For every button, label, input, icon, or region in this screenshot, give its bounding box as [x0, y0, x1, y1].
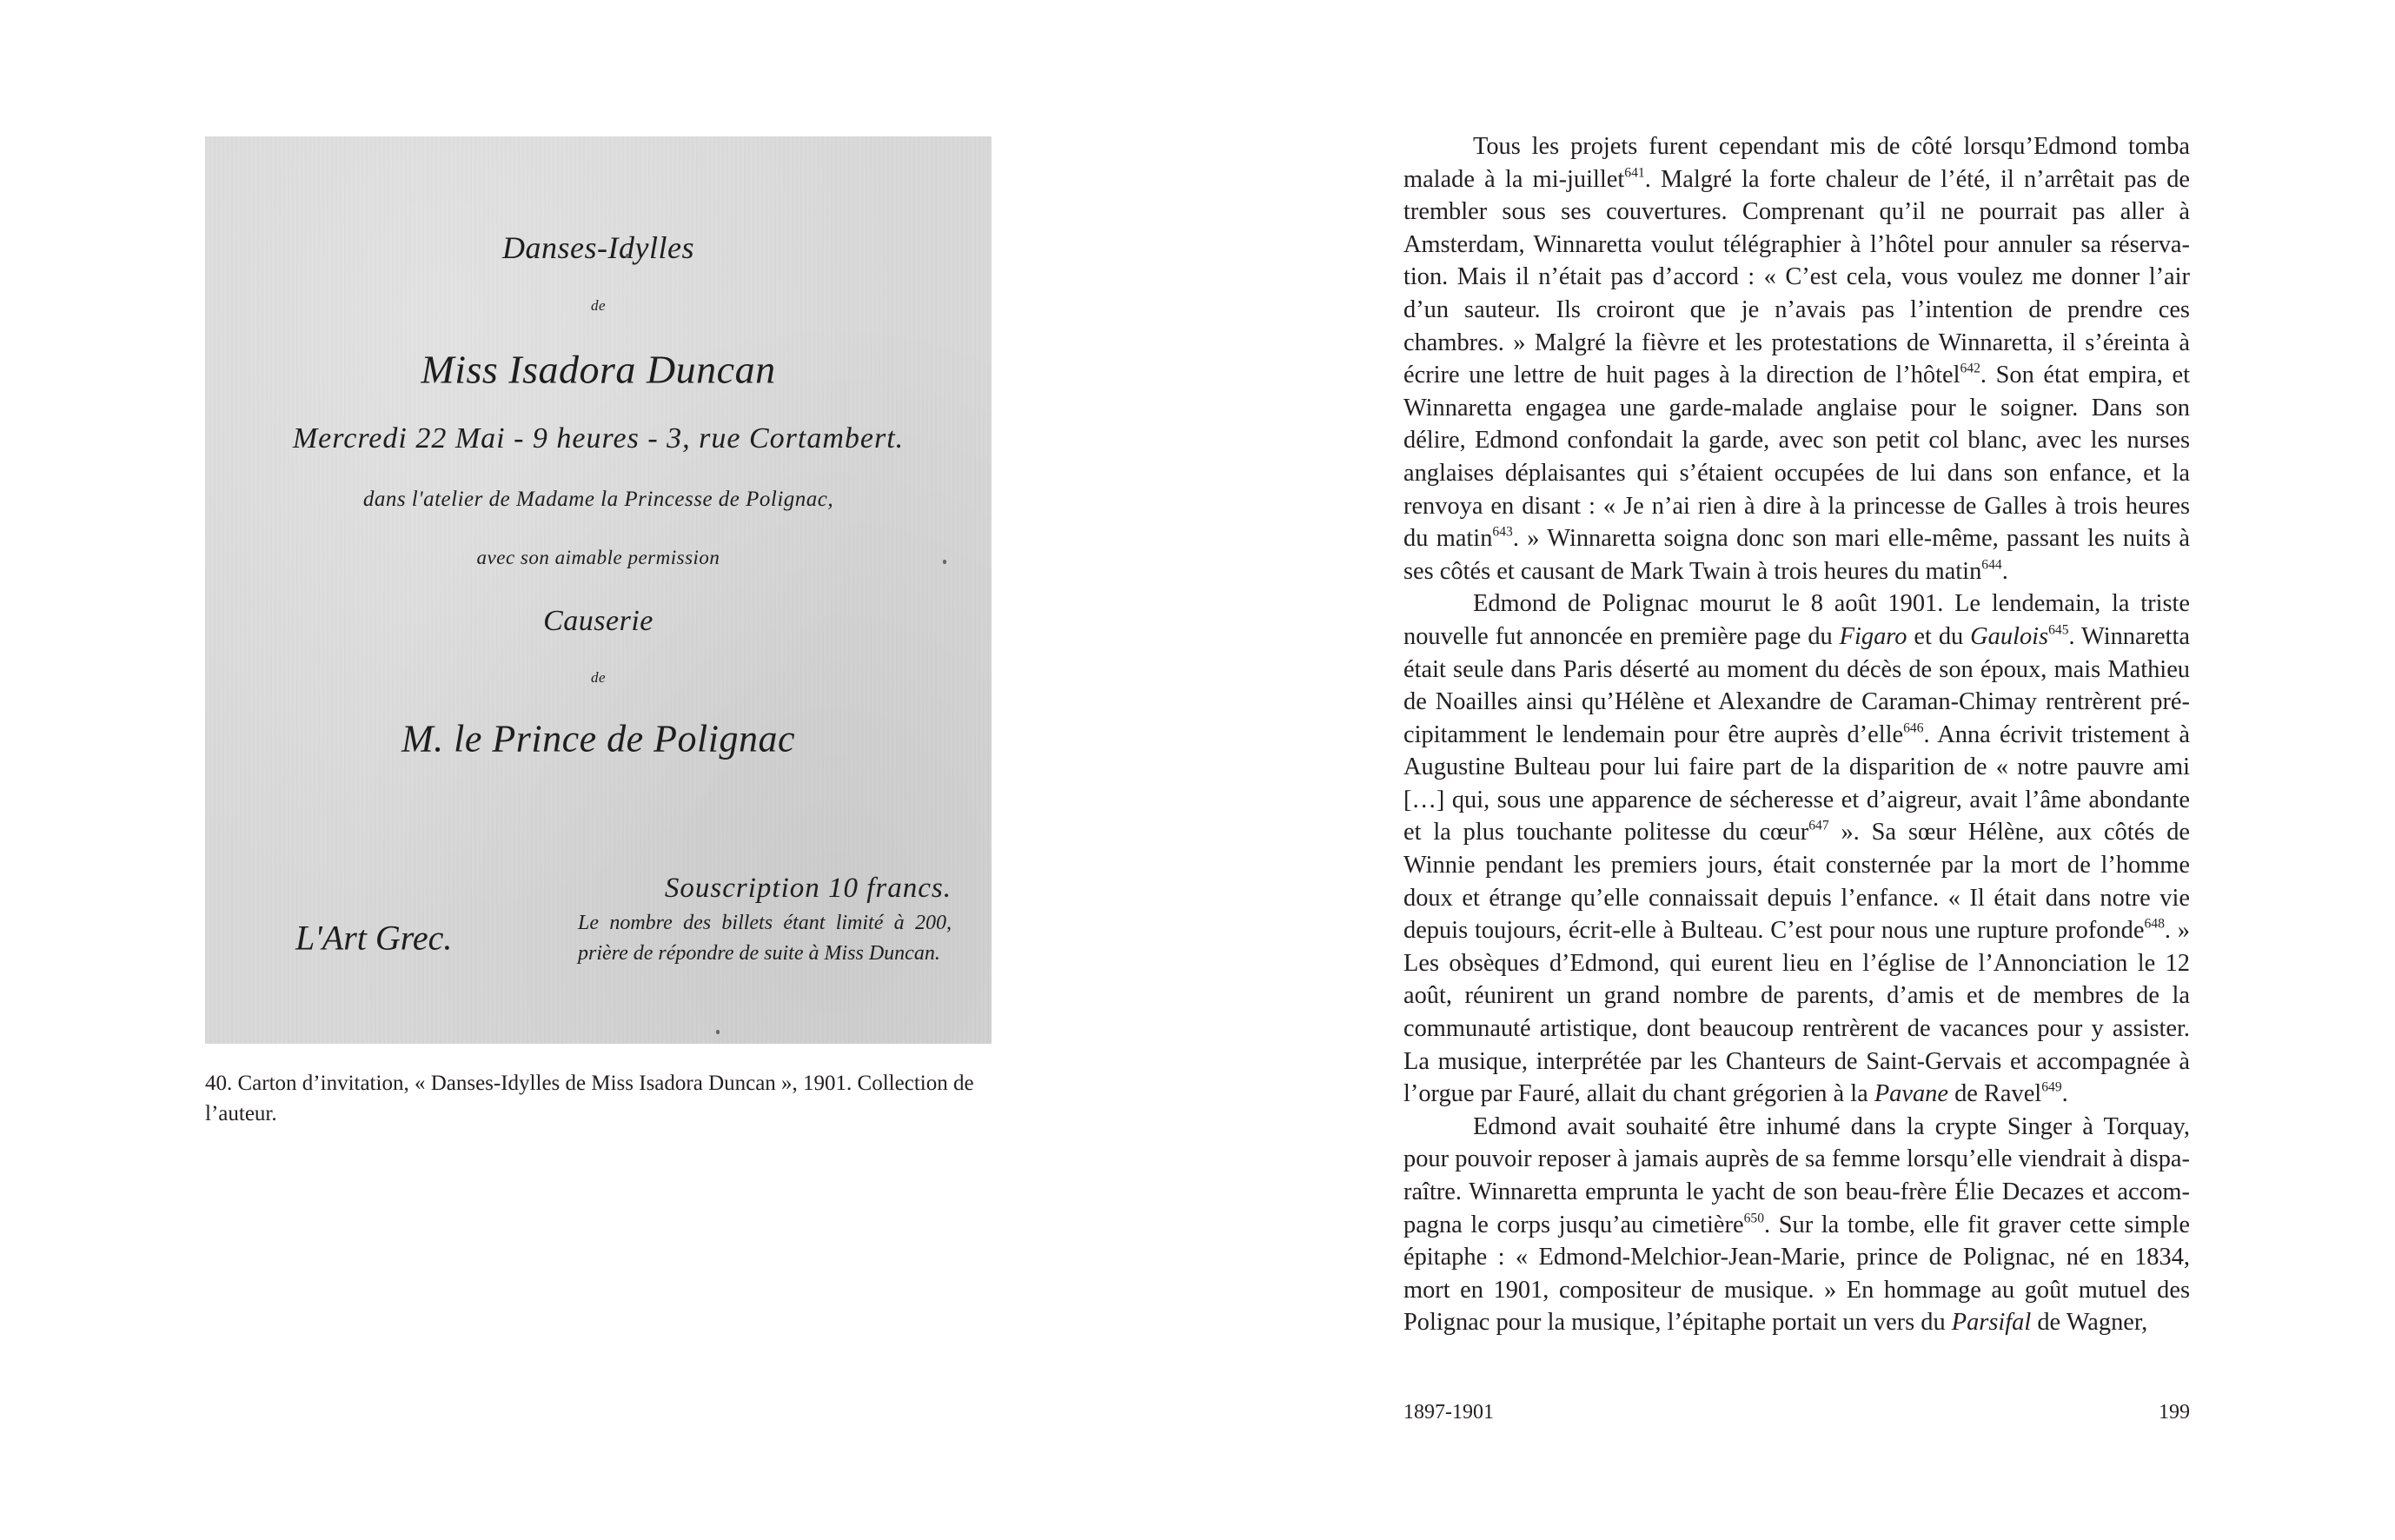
card-subscription-block: Souscription 10 francs. Le nombre des bi… [561, 868, 952, 969]
card-causerie: Causerie [205, 605, 992, 638]
card-subscription-price: Souscription 10 francs. [561, 868, 952, 908]
card-place-line: dans l'atelier de Madame la Princesse de… [205, 488, 992, 512]
card-subscription-note: Le nombre des billets étant limité à 200… [561, 908, 952, 969]
italic-title: Figaro [1840, 623, 1907, 650]
card-de: de [205, 297, 992, 315]
footnote-ref: 648 [2144, 917, 2164, 932]
invitation-card-image: Danses-Idylles de Miss Isadora Duncan Me… [205, 136, 992, 1044]
print-speck [626, 254, 629, 258]
running-head: 1897-1901 [1403, 1401, 1494, 1424]
footnote-ref: 647 [1808, 819, 1828, 833]
print-speck [716, 1030, 720, 1034]
paragraph: Tous les projets furent cependant mis de… [1403, 130, 2190, 587]
page-number: 199 [2146, 1401, 2190, 1424]
paragraph: Edmond avait souhaité être inhumé dans l… [1403, 1111, 2190, 1339]
card-speaker: M. le Prince de Polignac [205, 717, 992, 761]
card-title: Danses-Idylles [205, 229, 992, 266]
card-performer: Miss Isadora Duncan [205, 347, 992, 393]
footnote-ref: 644 [1981, 557, 2001, 572]
card-date-line: Mercredi 22 Mai - 9 heures - 3, rue Cort… [205, 422, 992, 455]
card-topic: L'Art Grec. [295, 918, 452, 959]
footnote-ref: 646 [1903, 720, 1923, 735]
card-permission-line: avec son aimable permission [205, 547, 992, 569]
italic-title: Gaulois [1970, 623, 2048, 650]
footnote-ref: 643 [1492, 524, 1512, 539]
footnote-ref: 645 [2048, 622, 2068, 637]
print-speck [943, 560, 946, 564]
paragraph: Edmond de Polignac mourut le 8 août 1901… [1403, 587, 2190, 1111]
footnote-ref: 650 [1744, 1211, 1764, 1225]
italic-title: Parsifal [1952, 1309, 2032, 1336]
footnote-ref: 642 [1960, 361, 1980, 375]
body-text: Tous les projets furent cependant mis de… [1403, 130, 2190, 1339]
italic-title: Pavane [1874, 1080, 1948, 1107]
figure-caption: 40. Carton d’invitation, « Danses-Idylle… [205, 1068, 996, 1129]
footnote-ref: 649 [2041, 1080, 2061, 1095]
footnote-ref: 641 [1624, 165, 1644, 180]
card-de: de [205, 669, 992, 687]
